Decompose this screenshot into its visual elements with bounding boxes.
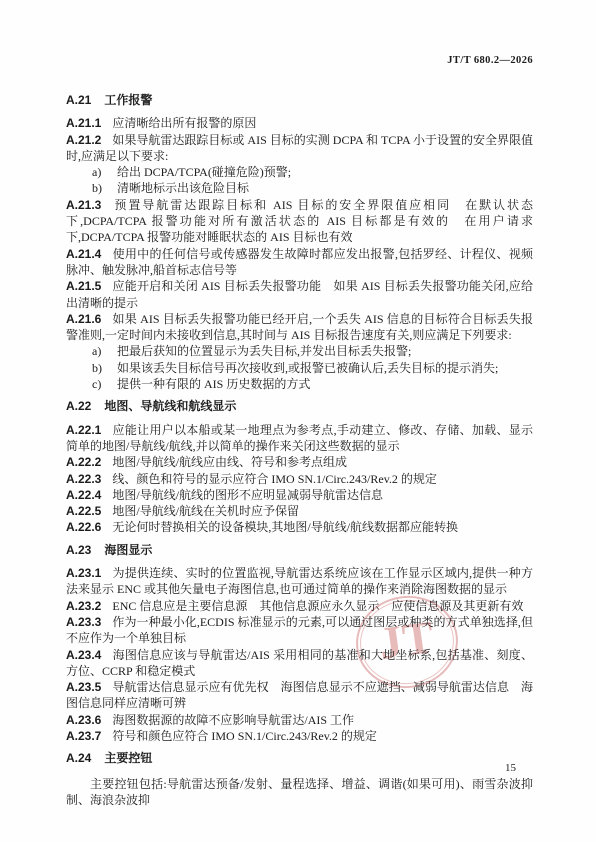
clause-number: A.22.2 bbox=[66, 455, 101, 469]
clause-text: 应能让用户以本船或某一地理点为参考点,手动建立、修改、存储、加载、显示简单的地图… bbox=[66, 423, 533, 453]
section-heading-A.22: A.22地图、导航线和航线显示 bbox=[66, 398, 533, 414]
clause-text: 地图/导航线/航线应由线、符号和参考点组成 bbox=[112, 455, 347, 469]
clause-number: A.23.3 bbox=[66, 615, 101, 629]
document-page: JT/T 680.2—2026 JT A.21工作报警A.21.1应清晰给出所有… bbox=[0, 0, 596, 842]
clause-text: 作为一种最小化,ECDIS 标准显示的元素,可以通过图层或种类的方式单独选择,但… bbox=[66, 615, 533, 645]
clause-text: 如果导航雷达跟踪目标或 AIS 目标的实测 DCPA 和 TCPA 小于设置的安… bbox=[66, 133, 533, 163]
clause-number: A.22.6 bbox=[66, 520, 101, 534]
list-item-label: a) bbox=[92, 343, 117, 359]
clause-A.22.3: A.22.3线、颜色和符号的显示应符合 IMO SN.1/Circ.243/Re… bbox=[66, 471, 533, 487]
section-heading-A.21: A.21工作报警 bbox=[66, 92, 533, 108]
clause-text: 符号和颜色应符合 IMO SN.1/Circ.243/Rev.2 的规定 bbox=[112, 729, 377, 743]
clause-A.21.2: A.21.2如果导航雷达跟踪目标或 AIS 目标的实测 DCPA 和 TCPA … bbox=[66, 132, 533, 165]
clause-A.23.5: A.23.5导航雷达信息显示应有优先权 海图信息显示不应遮挡、减弱导航雷达信息 … bbox=[66, 679, 533, 712]
clause-number: A.23.6 bbox=[66, 713, 101, 727]
clause-A.21.5: A.21.5应能开启和关闭 AIS 目标丢失报警功能 如果 AIS 目标丢失报警… bbox=[66, 278, 533, 311]
clause-number: A.23.1 bbox=[66, 566, 101, 580]
list-item-b: b)清晰地标示出该危险目标 bbox=[66, 180, 533, 196]
clause-text: 预置导航雷达跟踪目标和 AIS 目标的安全界限值应相同 在默认状态下,DCPA/… bbox=[66, 198, 533, 245]
section-number: A.21 bbox=[66, 93, 91, 107]
clause-number: A.23.5 bbox=[66, 680, 101, 694]
clause-number: A.23.7 bbox=[66, 729, 101, 743]
clause-text: 如果 AIS 目标丢失报警功能已经开启,一个丢失 AIS 信息的目标符合目标丢失… bbox=[66, 312, 533, 342]
clause-number: A.21.4 bbox=[66, 247, 101, 261]
list-item-label: b) bbox=[92, 180, 117, 196]
clause-number: A.21.6 bbox=[66, 312, 101, 326]
section-number: A.24 bbox=[66, 751, 91, 765]
clause-text: 导航雷达信息显示应有优先权 海图信息显示不应遮挡、减弱导航雷达信息 海图信息同样… bbox=[66, 680, 533, 710]
section-title: 地图、导航线和航线显示 bbox=[104, 399, 236, 413]
clause-number: A.22.5 bbox=[66, 504, 101, 518]
list-item-text: 把最后获知的位置显示为丢失目标,并发出目标丢失报警; bbox=[117, 344, 411, 358]
document-body: A.21工作报警A.21.1应清晰给出所有报警的原因A.21.2如果导航雷达跟踪… bbox=[66, 92, 533, 808]
list-item-text: 提供一种有限的 AIS 历史数据的方式 bbox=[117, 377, 310, 391]
clause-number: A.21.1 bbox=[66, 116, 101, 130]
section-number: A.22 bbox=[66, 399, 91, 413]
clause-number: A.21.2 bbox=[66, 133, 101, 147]
list-item-text: 给出 DCPA/TCPA(碰撞危险)预警; bbox=[117, 165, 291, 179]
clause-number: A.23.2 bbox=[66, 599, 101, 613]
list-item-text: 如果该丢失目标信号再次接收到,或报警已被确认后,丢失目标的提示消失; bbox=[117, 361, 498, 375]
clause-A.22.5: A.22.5地图/导航线/航线在关机时应予保留 bbox=[66, 503, 533, 519]
clause-text: 地图/导航线/航线的图形不应明显减弱导航雷达信息 bbox=[112, 488, 383, 502]
clause-A.22.1: A.22.1应能让用户以本船或某一地理点为参考点,手动建立、修改、存储、加载、显… bbox=[66, 422, 533, 455]
list-item-a: a)给出 DCPA/TCPA(碰撞危险)预警; bbox=[66, 164, 533, 180]
section-heading-A.24: A.24主要控钮 bbox=[66, 750, 533, 766]
section-number: A.23 bbox=[66, 543, 91, 557]
clause-A.23.7: A.23.7符号和颜色应符合 IMO SN.1/Circ.243/Rev.2 的… bbox=[66, 728, 533, 744]
doc-number: JT/T 680.2—2026 bbox=[447, 55, 533, 66]
clause-A.23.2: A.23.2ENC 信息应是主要信息源 其他信息源应永久显示 应使信息源及其更新… bbox=[66, 598, 533, 614]
clause-A.23.4: A.23.4海图信息应该与导航雷达/AIS 采用相同的基准和大地坐标系,包括基准… bbox=[66, 647, 533, 680]
clause-text: 无论何时替换相关的设备模块,其地图/导航线/航线数据都应能转换 bbox=[112, 520, 458, 534]
clause-text: 海图信息应该与导航雷达/AIS 采用相同的基准和大地坐标系,包括基准、刻度、方位… bbox=[66, 648, 533, 678]
section-title: 主要控钮 bbox=[104, 751, 152, 765]
clause-text: 地图/导航线/航线在关机时应予保留 bbox=[112, 504, 299, 518]
clause-text: 应能开启和关闭 AIS 目标丢失报警功能 如果 AIS 目标丢失报警功能关闭,应… bbox=[66, 279, 533, 309]
clause-text: 为提供连续、实时的位置监视,导航雷达系统应该在工作显示区域内,提供一种方法来显示… bbox=[66, 566, 533, 596]
paragraph: 主要控钮包括:导航雷达预备/发射、量程选择、增益、调谐(如果可用)、雨雪杂波抑制… bbox=[66, 776, 533, 809]
clause-A.21.4: A.21.4使用中的任何信号或传感器发生故障时都应发出报警,包括罗经、计程仪、视… bbox=[66, 246, 533, 279]
clause-text: 使用中的任何信号或传感器发生故障时都应发出报警,包括罗经、计程仪、视频脉冲、触发… bbox=[66, 247, 533, 277]
clause-A.23.6: A.23.6海图数据源的故障不应影响导航雷达/AIS 工作 bbox=[66, 712, 533, 728]
list-item-label: c) bbox=[92, 376, 117, 392]
clause-A.22.6: A.22.6无论何时替换相关的设备模块,其地图/导航线/航线数据都应能转换 bbox=[66, 519, 533, 535]
clause-A.21.1: A.21.1应清晰给出所有报警的原因 bbox=[66, 115, 533, 131]
clause-text: 主要控钮包括:导航雷达预备/发射、量程选择、增益、调谐(如果可用)、雨雪杂波抑制… bbox=[66, 777, 533, 807]
clause-number: A.21.5 bbox=[66, 279, 101, 293]
section-title: 海图显示 bbox=[104, 543, 152, 557]
clause-A.22.2: A.22.2地图/导航线/航线应由线、符号和参考点组成 bbox=[66, 454, 533, 470]
clause-text: 应清晰给出所有报警的原因 bbox=[112, 116, 256, 130]
clause-A.21.3: A.21.3预置导航雷达跟踪目标和 AIS 目标的安全界限值应相同 在默认状态下… bbox=[66, 197, 533, 246]
clause-A.23.3: A.23.3作为一种最小化,ECDIS 标准显示的元素,可以通过图层或种类的方式… bbox=[66, 614, 533, 647]
clause-text: ENC 信息应是主要信息源 其他信息源应永久显示 应使信息源及其更新有效 bbox=[112, 599, 523, 613]
section-title: 工作报警 bbox=[104, 93, 152, 107]
list-item-a: a)把最后获知的位置显示为丢失目标,并发出目标丢失报警; bbox=[66, 343, 533, 359]
clause-text: 海图数据源的故障不应影响导航雷达/AIS 工作 bbox=[112, 713, 354, 727]
clause-A.21.6: A.21.6如果 AIS 目标丢失报警功能已经开启,一个丢失 AIS 信息的目标… bbox=[66, 311, 533, 344]
clause-number: A.21.3 bbox=[66, 198, 101, 212]
list-item-label: a) bbox=[92, 164, 117, 180]
list-item-b: b)如果该丢失目标信号再次接收到,或报警已被确认后,丢失目标的提示消失; bbox=[66, 360, 533, 376]
clause-number: A.23.4 bbox=[66, 648, 101, 662]
list-item-c: c)提供一种有限的 AIS 历史数据的方式 bbox=[66, 376, 533, 392]
clause-number: A.22.4 bbox=[66, 488, 101, 502]
list-item-text: 清晰地标示出该危险目标 bbox=[117, 181, 249, 195]
clause-text: 线、颜色和符号的显示应符合 IMO SN.1/Circ.243/Rev.2 的规… bbox=[112, 472, 437, 486]
page-number: 15 bbox=[505, 762, 516, 774]
clause-number: A.22.1 bbox=[66, 423, 101, 437]
clause-number: A.22.3 bbox=[66, 472, 101, 486]
section-heading-A.23: A.23海图显示 bbox=[66, 542, 533, 558]
list-item-label: b) bbox=[92, 360, 117, 376]
clause-A.22.4: A.22.4地图/导航线/航线的图形不应明显减弱导航雷达信息 bbox=[66, 487, 533, 503]
clause-A.23.1: A.23.1为提供连续、实时的位置监视,导航雷达系统应该在工作显示区域内,提供一… bbox=[66, 565, 533, 598]
